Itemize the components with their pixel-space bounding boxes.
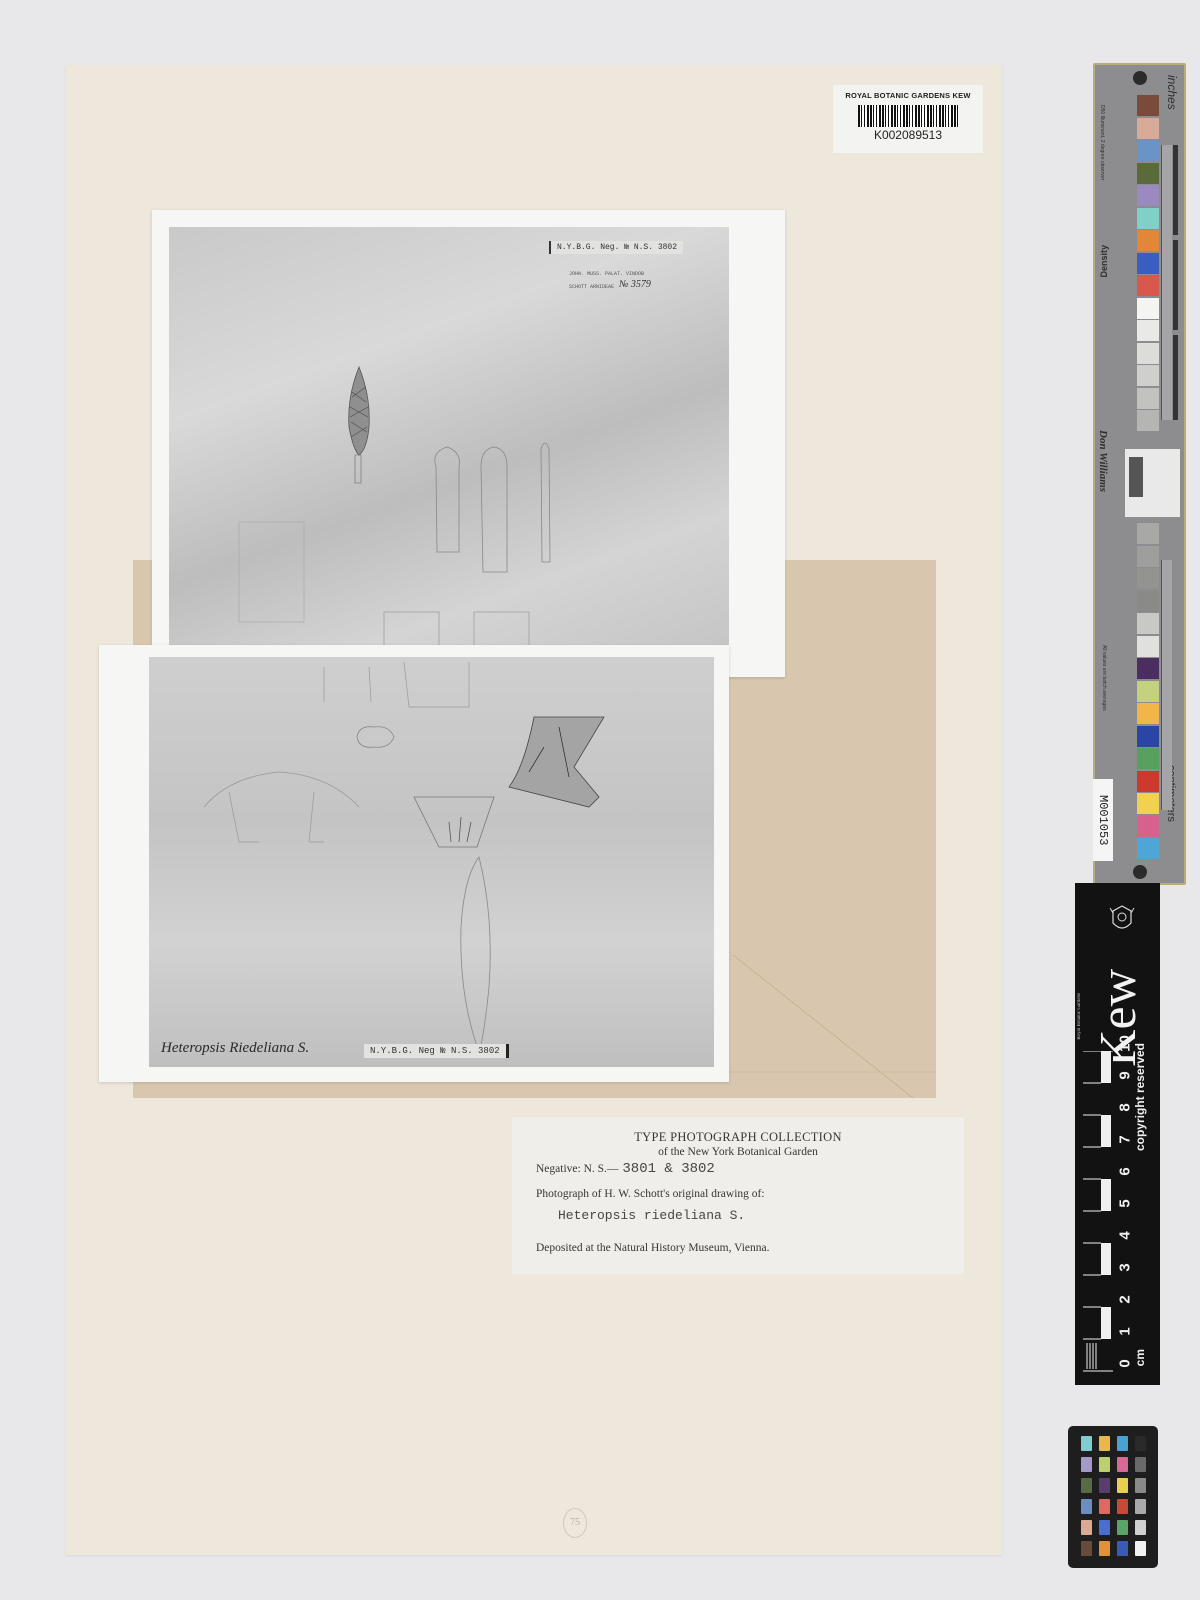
color-swatch xyxy=(1137,523,1159,544)
barcode-number: K002089513 xyxy=(833,128,983,142)
negative-stamp: N.Y.B.G. Neg № N.S. 3802 xyxy=(364,1044,509,1058)
cm-number: 10 xyxy=(1117,1032,1134,1056)
ruler-footnote: All values are batch averages xyxy=(1101,645,1107,711)
color-swatch xyxy=(1137,613,1159,634)
scale-band xyxy=(1173,335,1178,420)
checker-patch xyxy=(1081,1541,1092,1556)
checker-patch xyxy=(1081,1478,1092,1493)
illuminant-label: D50 Illuminant, 2 degree observer xyxy=(1099,105,1105,180)
cm-number: 7 xyxy=(1117,1128,1134,1152)
institution-name: ROYAL BOTANIC GARDENS KEW xyxy=(833,91,983,100)
negative-line: Negative: N. S.—3801 & 3802 xyxy=(536,1161,715,1177)
color-swatch xyxy=(1137,298,1159,319)
color-swatch xyxy=(1137,703,1159,724)
type-photograph-label: TYPE PHOTOGRAPH COLLECTION of the New Yo… xyxy=(512,1117,964,1274)
checker-patch xyxy=(1135,1520,1146,1535)
cm-number: 1 xyxy=(1117,1320,1134,1344)
kew-crest-icon xyxy=(1107,903,1137,935)
color-swatch xyxy=(1137,118,1159,139)
color-swatch xyxy=(1137,275,1159,296)
color-swatch xyxy=(1137,546,1159,567)
color-swatch xyxy=(1137,95,1159,116)
label-subtitle: of the New York Botanical Garden xyxy=(512,1146,964,1158)
color-swatch xyxy=(1137,410,1159,431)
checker-patch xyxy=(1135,1499,1146,1514)
checker-patch xyxy=(1099,1436,1110,1451)
checker-patch xyxy=(1081,1457,1092,1472)
cm-number: 8 xyxy=(1117,1096,1134,1120)
cm-number: 4 xyxy=(1117,1224,1134,1248)
checker-patch xyxy=(1117,1436,1128,1451)
checker-patch xyxy=(1135,1457,1146,1472)
checker-patch xyxy=(1135,1478,1146,1493)
color-swatch xyxy=(1137,230,1159,251)
color-calibration-ruler: inches D50 Illuminant, 2 degree observer… xyxy=(1093,63,1186,885)
cm-number: 3 xyxy=(1117,1256,1134,1280)
cm-scale xyxy=(1161,560,1172,810)
checker-patch xyxy=(1135,1436,1146,1451)
color-swatch xyxy=(1137,185,1159,206)
checker-patch xyxy=(1081,1499,1092,1514)
color-swatch xyxy=(1137,568,1159,589)
color-swatch xyxy=(1137,658,1159,679)
kew-scale-bar: Kew Royal Botanic Gardens 012345678910 c… xyxy=(1075,883,1160,1385)
color-swatch xyxy=(1137,140,1159,161)
checker-patch xyxy=(1117,1499,1128,1514)
scale-band xyxy=(1173,145,1178,235)
negative-prefix: Negative: N. S.— xyxy=(536,1163,618,1175)
color-swatch xyxy=(1137,793,1159,814)
archive-number: № 3579 xyxy=(619,279,651,290)
color-swatch xyxy=(1137,253,1159,274)
photograph-of-line: Photograph of H. W. Schott's original dr… xyxy=(536,1188,765,1200)
checker-patch xyxy=(1081,1436,1092,1451)
species-script-label: Heteropsis Riedeliana S. xyxy=(161,1040,309,1057)
checker-patch xyxy=(1117,1541,1128,1556)
copyright-label: copyright reserved xyxy=(1133,1043,1147,1151)
checker-patch xyxy=(1081,1520,1092,1535)
color-swatch xyxy=(1137,771,1159,792)
checker-patch xyxy=(1117,1520,1128,1535)
scale-band xyxy=(1173,240,1178,330)
type-photograph-bottom: Heteropsis Riedeliana S. N.Y.B.G. Neg № … xyxy=(99,645,729,1082)
ruler-hole-icon xyxy=(1133,865,1147,879)
checker-patch xyxy=(1099,1457,1110,1472)
ruler-id-tag: M001053 xyxy=(1093,779,1113,861)
page-number: 75 xyxy=(563,1508,587,1538)
checker-patch xyxy=(1117,1457,1128,1472)
label-title: TYPE PHOTOGRAPH COLLECTION xyxy=(512,1130,964,1145)
gray-card xyxy=(1125,449,1180,517)
color-swatch xyxy=(1137,208,1159,229)
deposited-line: Deposited at the Natural History Museum,… xyxy=(536,1242,770,1254)
checker-patch xyxy=(1117,1478,1128,1493)
density-label: Density xyxy=(1099,245,1109,278)
checker-patch xyxy=(1135,1541,1146,1556)
inches-label: inches xyxy=(1165,75,1179,110)
color-swatch xyxy=(1137,636,1159,657)
ruler-hole-icon xyxy=(1133,71,1147,85)
checker-patch xyxy=(1099,1520,1110,1535)
archive-line-2: SCHOTT ARNIDEAE xyxy=(569,284,614,290)
photograph-image: Heteropsis Riedeliana S. N.Y.B.G. Neg № … xyxy=(149,657,714,1067)
color-swatch xyxy=(1137,388,1159,409)
color-swatch xyxy=(1137,320,1159,341)
botanical-drawing-icon xyxy=(149,657,714,1067)
photograph-image: N.Y.B.G. Neg. № N.S. 3802 JOHN. MUSS. PA… xyxy=(169,227,729,677)
cm-unit-label: cm xyxy=(1133,1349,1147,1366)
cm-number: 9 xyxy=(1117,1064,1134,1088)
color-swatch xyxy=(1137,163,1159,184)
color-swatch xyxy=(1137,838,1159,859)
species-name: Heteropsis riedeliana S. xyxy=(558,1208,745,1223)
botanical-drawing-icon xyxy=(169,227,729,677)
checker-patch xyxy=(1099,1541,1110,1556)
kew-subtitle: Royal Botanic Gardens xyxy=(1077,993,1082,1040)
color-swatch xyxy=(1137,748,1159,769)
color-swatch xyxy=(1137,816,1159,837)
cm-ruler-ticks-icon xyxy=(1083,1051,1113,1373)
barcode-icon xyxy=(858,105,958,127)
color-swatch xyxy=(1137,591,1159,612)
cm-number: 6 xyxy=(1117,1160,1134,1184)
checker-patch xyxy=(1099,1478,1110,1493)
inch-scale xyxy=(1161,145,1172,420)
ruler-brand: Don Williams xyxy=(1097,430,1109,492)
type-photograph-top: N.Y.B.G. Neg. № N.S. 3802 JOHN. MUSS. PA… xyxy=(152,210,785,677)
cm-number: 5 xyxy=(1117,1192,1134,1216)
checker-patch xyxy=(1099,1499,1110,1514)
archive-line-1: JOHN. MUSS. PALAT. VINDOB xyxy=(569,271,644,277)
barcode-label: ROYAL BOTANIC GARDENS KEW K002089513 xyxy=(833,85,983,153)
cm-number: 0 xyxy=(1117,1352,1134,1376)
color-checker-card xyxy=(1068,1426,1158,1568)
color-swatch xyxy=(1137,343,1159,364)
cm-number: 2 xyxy=(1117,1288,1134,1312)
color-swatch xyxy=(1137,365,1159,386)
color-swatch xyxy=(1137,681,1159,702)
color-swatch xyxy=(1137,726,1159,747)
negative-numbers: 3801 & 3802 xyxy=(622,1161,714,1177)
negative-stamp: N.Y.B.G. Neg. № N.S. 3802 xyxy=(549,241,683,254)
